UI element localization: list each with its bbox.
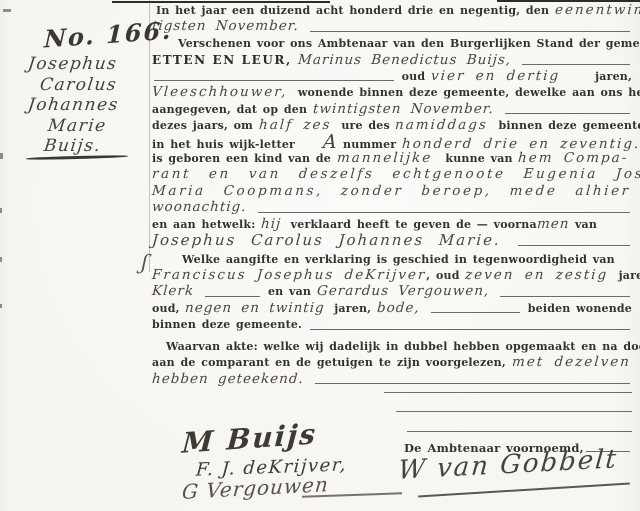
closing-rule-line	[407, 431, 632, 432]
handwritten-entry: hij	[261, 217, 292, 232]
printed-form-text: ETTEN EN LEUR,	[152, 52, 298, 68]
handwritten-entry: Josephus Carolus Johannes Marie.	[151, 233, 516, 248]
printed-form-text: ure des	[341, 118, 395, 134]
printed-form-text: oud	[396, 69, 431, 85]
akte-text-line: tigsten November.	[152, 19, 632, 35]
printed-form-text: jaren,	[619, 268, 640, 284]
akte-text-line: Franciscus Josephus deKrijver, oud zeven…	[152, 268, 632, 284]
akte-text-line: Maria Coopmans, zonder beroep, mede alhi…	[152, 184, 632, 200]
printed-form-text: In het jaar een duizend acht honderd dri…	[156, 3, 555, 19]
akte-text-line: oud vier en dertig jaren,	[152, 69, 632, 85]
printed-form-text: jaren,	[334, 301, 377, 317]
blank-field-rule	[431, 312, 520, 313]
handwritten-entry: negen en twintig	[185, 301, 335, 316]
akte-text-line: aangegeven, dat op den twintigsten Novem…	[152, 102, 632, 118]
scan-speck	[0, 208, 2, 213]
margin-child-name: Carolus	[39, 75, 152, 96]
akte-text-line: Welke aangifte en verklaring is geschied…	[152, 252, 632, 268]
akte-text-line: Waarvan akte: welke wij dadelijk in dubb…	[152, 339, 632, 355]
handwritten-entry: Vleeschhouwer,	[151, 85, 298, 100]
handwritten-entry: hebben geteekend.	[151, 372, 313, 387]
handwritten-entry: Franciscus Josephus deKrijver	[151, 268, 426, 283]
printed-form-text: Waarvan akte: welke wij dadelijk in dubb…	[166, 339, 640, 355]
akte-text-line: woonachtig.	[152, 200, 632, 216]
blank-field-rule	[518, 245, 630, 246]
handwritten-entry: woonachtig.	[151, 200, 256, 215]
handwritten-entry: vier en dertig	[430, 69, 590, 84]
scan-speck	[3, 9, 11, 12]
margin-child-name: Buijs.	[43, 136, 152, 157]
akte-text-line: dezes jaars, om half zes ure des namidda…	[152, 118, 632, 134]
closing-rule-line	[384, 392, 632, 393]
printed-form-text: binnen deze gemeente.	[152, 317, 308, 333]
handwritten-entry: tigsten November.	[151, 19, 308, 34]
blank-field-rule	[310, 329, 630, 330]
akte-text-line: ETTEN EN LEUR, Marinus Benedictus Buijs,	[152, 52, 632, 68]
blank-field-rule	[500, 296, 630, 297]
blank-field-rule	[258, 212, 630, 213]
signature-comparant: M Buijs	[181, 417, 318, 460]
blank-field-rule	[505, 113, 630, 114]
akte-text-line: Verschenen voor ons Ambtenaar van den Bu…	[152, 36, 632, 52]
akte-text-line: is geboren een kind van de mannelijke ku…	[152, 151, 632, 167]
printed-form-text: is geboren een kind van de	[152, 151, 337, 167]
akte-text-line: binnen deze gemeente.	[152, 317, 632, 333]
handwritten-entry: Maria Coopmans, zonder beroep, mede alhi…	[151, 184, 631, 199]
margin-child-name-block: JosephusCarolusJohannesMarieBuijs.	[0, 54, 150, 157]
handwritten-entry: eenentwin-	[554, 3, 640, 18]
margin-child-name: Josephus	[27, 54, 152, 75]
printed-form-text: beiden wonende	[522, 301, 632, 317]
akte-text-line: aan de comparant en de getuigen te zijn …	[152, 355, 632, 371]
akte-text-line: Josephus Carolus Johannes Marie.	[152, 233, 632, 249]
handwritten-entry: Gerardus Vergouwen,	[316, 284, 499, 299]
handwritten-entry: Marinus Benedictus Buijs,	[297, 53, 520, 68]
akte-text-line: hebben geteekend.	[152, 372, 632, 388]
printed-form-text: kunne van	[445, 151, 518, 167]
printed-form-text: Verschenen voor ons Ambtenaar van den Bu…	[178, 36, 640, 52]
akte-text-line: Vleeschhouwer, wonende binnen deze gemee…	[152, 85, 632, 101]
akte-body-text: In het jaar een duizend acht honderd dri…	[152, 3, 632, 388]
akte-text-line: Klerk en van Gerardus Vergouwen,	[152, 284, 632, 300]
printed-form-text: Welke aangifte en verklaring is geschied…	[182, 252, 615, 268]
handwritten-entry: met dezelven	[511, 355, 633, 370]
printed-form-text: dezes jaars, om	[152, 118, 259, 134]
printed-form-text: wonende binnen deze gemeente, dewelke aa…	[298, 85, 640, 101]
handwritten-entry: twintigsten November.	[312, 102, 503, 117]
blank-field-rule	[310, 31, 630, 32]
akte-text-line: rant en van deszelfs echtgenoote Eugenia…	[152, 167, 632, 183]
margin-divider-line	[149, 0, 150, 272]
handwritten-entry: rant en van deszelfs echtgenoote Eugenia…	[151, 167, 640, 182]
printed-form-text: , oud	[426, 268, 465, 284]
handwritten-entry: bode,	[376, 301, 429, 316]
handwritten-entry: A	[322, 135, 338, 150]
handwritten-entry: hem Compa-	[518, 151, 633, 166]
blank-field-rule	[205, 296, 260, 297]
printed-form-text: aan de comparant en de getuigen te zijn …	[152, 355, 512, 371]
blank-field-rule	[154, 80, 394, 81]
handwritten-entry: mannelijke	[336, 151, 446, 166]
akte-text-line: In het jaar een duizend acht honderd dri…	[152, 3, 632, 19]
margin-child-name: Marie	[47, 116, 152, 137]
printed-form-text: oud,	[152, 301, 185, 317]
margin-child-name: Johannes	[27, 95, 152, 116]
handwritten-entry: Klerk	[151, 284, 203, 299]
printed-form-text: binnen deze gemeente,	[499, 118, 640, 134]
blank-field-rule	[315, 383, 630, 384]
closing-rule-line	[396, 411, 632, 412]
scan-speck	[0, 257, 2, 262]
printed-form-text: jaren,	[589, 69, 632, 85]
printed-form-text: en van	[262, 284, 316, 300]
handwritten-entry: zeven en zestig	[465, 268, 619, 283]
handwritten-entry: men	[536, 217, 570, 232]
akte-text-line: in het huis wijk-letter A nummer honderd…	[152, 135, 632, 151]
scan-speck	[0, 304, 2, 308]
printed-form-text: aangegeven, dat op den	[152, 102, 313, 118]
handwritten-entry: namiddags	[395, 118, 499, 133]
signature-official-underline-stroke	[418, 483, 630, 498]
akte-text-line: oud, negen en twintig jaren, bode, beide…	[152, 301, 632, 317]
blank-field-rule	[522, 64, 630, 65]
birth-record-scan: No. 166. JosephusCarolusJohannesMarieBui…	[0, 0, 640, 511]
printed-form-text: van	[569, 217, 597, 233]
